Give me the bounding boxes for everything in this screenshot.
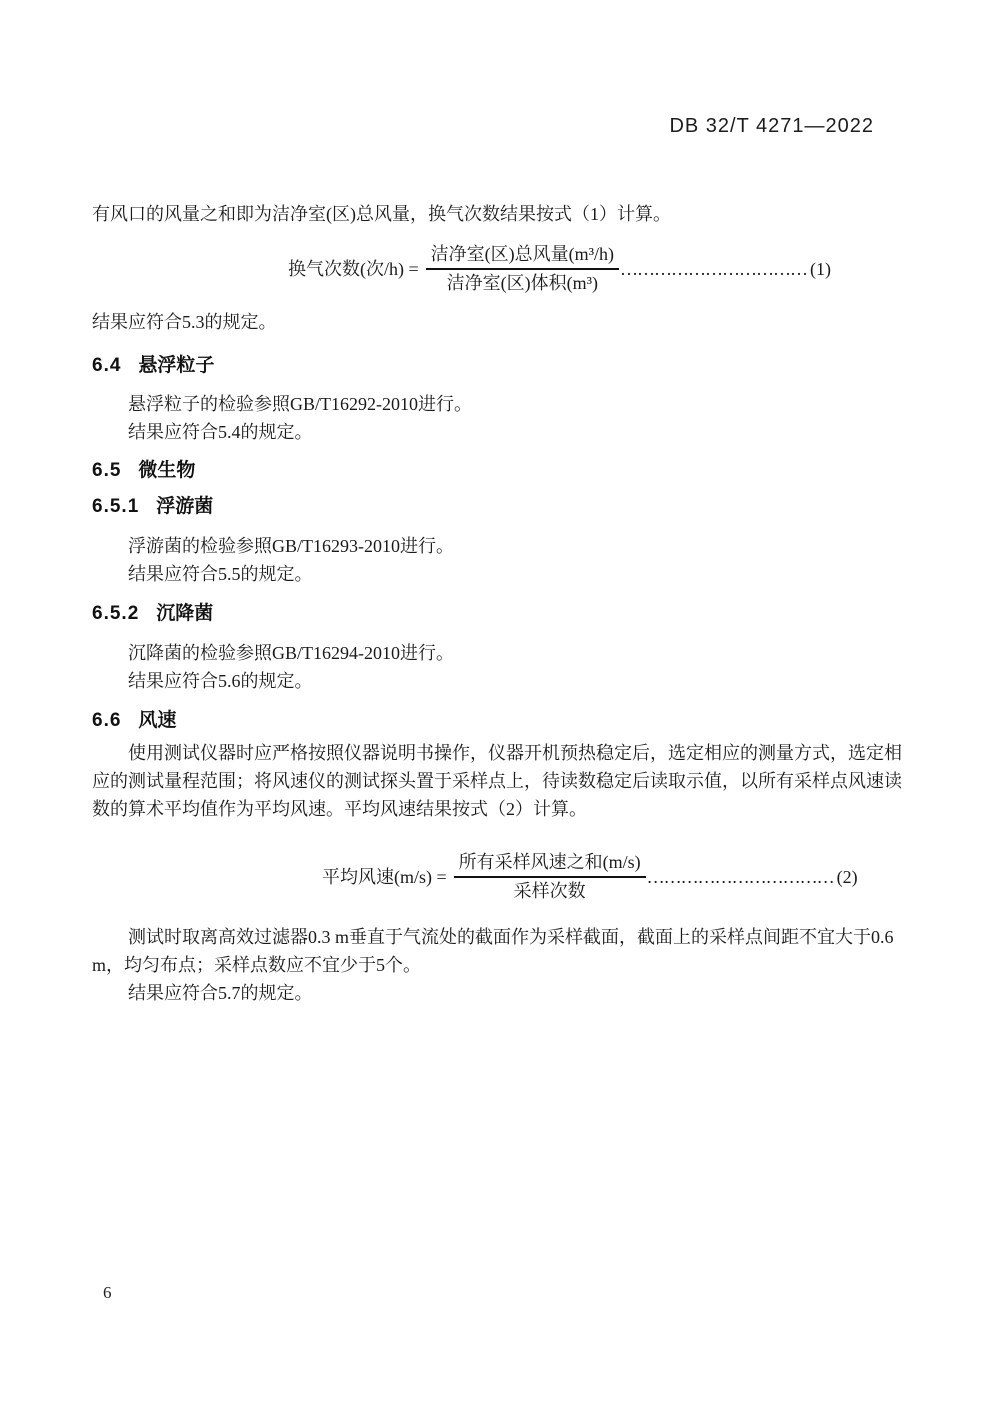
paragraph-6-5-1: 浮游菌的检验参照GB/T16293-2010进行。 xyxy=(92,532,900,560)
leader-dots: …………………………… xyxy=(647,863,834,891)
result-statement-5-5: 结果应符合5.5的规定。 xyxy=(92,560,900,588)
section-heading-6-6: 6.6风速 xyxy=(92,707,900,735)
result-statement-5-3: 结果应符合5.3的规定。 xyxy=(92,308,900,336)
result-statement-5-4: 结果应符合5.4的规定。 xyxy=(92,418,900,446)
paragraph-line: 应的测试量程范围；将风速仪的测试探头置于采样点上，待读数稳定后读取示值，以所有采… xyxy=(92,767,900,795)
equation-1: 换气次数(次/h) = 洁净室(区)总风量(m³/h) 洁净室(区)体积(m³)… xyxy=(288,242,900,296)
intro-paragraph: 有风口的风量之和即为洁净室(区)总风量，换气次数结果按式（1）计算。 xyxy=(92,200,900,228)
result-statement-5-6: 结果应符合5.6的规定。 xyxy=(92,667,900,695)
section-title: 浮游菌 xyxy=(156,496,213,517)
equation-2: 平均风速(m/s) = 所有采样风速之和(m/s) 采样次数 ………………………… xyxy=(322,850,900,904)
equation-1-lhs: 换气次数(次/h) = xyxy=(288,255,419,283)
paragraph-line: m，均匀布点；采样点数应不宜少于5个。 xyxy=(92,951,900,979)
equation-2-denominator: 采样次数 xyxy=(454,878,646,904)
section-title: 微生物 xyxy=(138,460,195,481)
paragraph-line: 测试时取离高效过滤器0.3 m垂直于气流处的截面作为采样截面，截面上的采样点间距… xyxy=(92,923,900,951)
equation-1-numerator: 洁净室(区)总风量(m³/h) xyxy=(426,242,619,270)
section-number: 6.4 xyxy=(92,355,121,376)
equation-2-fraction: 所有采样风速之和(m/s) 采样次数 xyxy=(454,850,646,904)
page-number: 6 xyxy=(103,1283,112,1303)
paragraph-6-6-sampling: 测试时取离高效过滤器0.3 m垂直于气流处的截面作为采样截面，截面上的采样点间距… xyxy=(92,923,900,979)
page-content: 有风口的风量之和即为洁净室(区)总风量，换气次数结果按式（1）计算。 换气次数(… xyxy=(92,200,900,1007)
section-number: 6.6 xyxy=(92,710,121,731)
section-heading-6-5: 6.5微生物 xyxy=(92,457,900,485)
section-heading-6-5-2: 6.5.2沉降菌 xyxy=(92,600,900,628)
paragraph-line: 使用测试仪器时应严格按照仪器说明书操作，仪器开机预热稳定后，选定相应的测量方式，… xyxy=(92,739,900,767)
paragraph-6-4-1: 悬浮粒子的检验参照GB/T16292-2010进行。 xyxy=(92,390,900,418)
document-code: DB 32/T 4271—2022 xyxy=(669,115,874,138)
section-title: 风速 xyxy=(138,710,176,731)
section-heading-6-5-1: 6.5.1浮游菌 xyxy=(92,493,900,521)
paragraph-6-6: 使用测试仪器时应严格按照仪器说明书操作，仪器开机预热稳定后，选定相应的测量方式，… xyxy=(92,739,900,823)
equation-1-denominator: 洁净室(区)体积(m³) xyxy=(426,270,619,296)
document-page: DB 32/T 4271—2022 有风口的风量之和即为洁净室(区)总风量，换气… xyxy=(0,0,992,1403)
section-number: 6.5 xyxy=(92,460,121,481)
equation-1-number: (1) xyxy=(810,255,831,283)
section-number: 6.5.1 xyxy=(92,496,139,517)
equation-2-number: (2) xyxy=(837,863,858,891)
section-number: 6.5.2 xyxy=(92,603,139,624)
result-statement-5-7: 结果应符合5.7的规定。 xyxy=(92,979,900,1007)
paragraph-6-5-2: 沉降菌的检验参照GB/T16294-2010进行。 xyxy=(92,639,900,667)
paragraph-line: 数的算术平均值作为平均风速。平均风速结果按式（2）计算。 xyxy=(92,795,900,823)
section-title: 悬浮粒子 xyxy=(138,355,214,376)
section-heading-6-4: 6.4悬浮粒子 xyxy=(92,352,900,380)
equation-2-lhs: 平均风速(m/s) = xyxy=(322,863,447,891)
leader-dots: …………………………… xyxy=(620,255,807,283)
section-title: 沉降菌 xyxy=(156,603,213,624)
equation-2-numerator: 所有采样风速之和(m/s) xyxy=(454,850,646,878)
equation-1-fraction: 洁净室(区)总风量(m³/h) 洁净室(区)体积(m³) xyxy=(426,242,619,296)
